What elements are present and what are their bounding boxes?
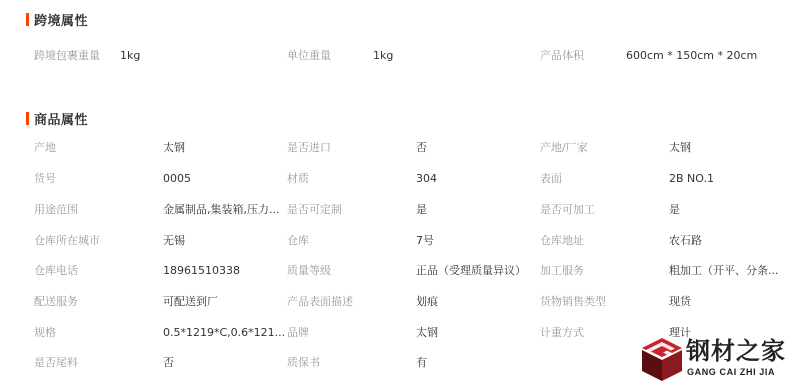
attr-label: 是否进口 <box>287 140 331 156</box>
attr-label: 产品体积 <box>540 48 584 64</box>
attr-value: 太钢 <box>416 325 438 341</box>
section-title-text: 跨境属性 <box>34 10 88 29</box>
attr-label: 仓库所在城市 <box>34 233 100 249</box>
attr-value: 0005 <box>163 171 191 187</box>
logo-name-cn: 钢材之家 <box>686 338 786 364</box>
attr-value: 1kg <box>120 48 140 64</box>
cube-g-logo-icon <box>640 336 684 382</box>
attr-value: 划痕 <box>416 294 438 310</box>
section-title-product: 商品属性 <box>26 109 88 127</box>
attr-label: 产地/厂家 <box>540 140 588 156</box>
product-attr-row: 用途范围 金属制品,集装箱,压力... 是否可定制 是 是否可加工 是 <box>0 202 800 218</box>
attr-label: 质保书 <box>287 355 320 371</box>
attr-label: 跨境包裹重量 <box>34 48 100 64</box>
attr-value: 太钢 <box>669 140 691 156</box>
attr-value: 18961510338 <box>163 263 240 279</box>
attr-label: 质量等级 <box>287 263 331 279</box>
attr-label: 计重方式 <box>540 325 584 341</box>
section-title-text: 商品属性 <box>34 109 88 128</box>
attr-value: 太钢 <box>163 140 185 156</box>
attr-value: 无锡 <box>163 233 185 249</box>
attr-label: 是否可定制 <box>287 202 342 218</box>
section-title-cross-border: 跨境属性 <box>26 10 88 28</box>
product-attr-row: 仓库电话 18961510338 质量等级 正品（受理质量异议） 加工服务 粗加… <box>0 263 800 279</box>
cross-border-row: 跨境包裹重量 1kg 单位重量 1kg 产品体积 600cm * 150cm *… <box>0 48 800 64</box>
attr-value: 2B NO.1 <box>669 171 714 187</box>
attr-label: 仓库电话 <box>34 263 78 279</box>
attr-label: 加工服务 <box>540 263 584 279</box>
attr-label: 产地 <box>34 140 56 156</box>
watermark-logo: 钢材之家 GANG CAI ZHI JIA <box>640 336 800 384</box>
attr-value: 600cm * 150cm * 20cm <box>626 48 757 64</box>
attr-value: 可配送到厂 <box>163 294 218 310</box>
attr-label: 货物销售类型 <box>540 294 606 310</box>
product-attr-row: 仓库所在城市 无锡 仓库 7号 仓库地址 农石路 <box>0 233 800 249</box>
product-attr-row: 产地 太钢 是否进口 否 产地/厂家 太钢 <box>0 140 800 156</box>
attr-label: 规格 <box>34 325 56 341</box>
attr-value: 0.5*1219*C,0.6*121... <box>163 325 285 341</box>
product-attr-row: 货号 0005 材质 304 表面 2B NO.1 <box>0 171 800 187</box>
attr-value: 是 <box>669 202 680 218</box>
attr-label: 配送服务 <box>34 294 78 310</box>
attr-value: 是 <box>416 202 427 218</box>
attr-value: 否 <box>416 140 427 156</box>
attr-value: 现货 <box>669 294 691 310</box>
attr-value: 7号 <box>416 233 434 249</box>
attr-value: 正品（受理质量异议） <box>416 263 526 279</box>
attr-label: 是否尾料 <box>34 355 78 371</box>
accent-bar <box>26 13 29 26</box>
attr-label: 表面 <box>540 171 562 187</box>
attr-value: 农石路 <box>669 233 702 249</box>
attr-value: 304 <box>416 171 437 187</box>
product-attr-row: 配送服务 可配送到厂 产品表面描述 划痕 货物销售类型 现货 <box>0 294 800 310</box>
attr-label: 用途范围 <box>34 202 78 218</box>
attr-label: 材质 <box>287 171 309 187</box>
attr-label: 品牌 <box>287 325 309 341</box>
attr-value: 有 <box>416 355 427 371</box>
attr-value: 否 <box>163 355 174 371</box>
attr-label: 仓库 <box>287 233 309 249</box>
attr-label: 是否可加工 <box>540 202 595 218</box>
attr-label: 产品表面描述 <box>287 294 353 310</box>
attr-label: 单位重量 <box>287 48 331 64</box>
attr-value: 粗加工（开平、分条... <box>669 263 779 279</box>
attr-value: 金属制品,集装箱,压力... <box>163 202 279 218</box>
attr-label: 仓库地址 <box>540 233 584 249</box>
logo-name-en: GANG CAI ZHI JIA <box>687 366 775 378</box>
attr-label: 货号 <box>34 171 56 187</box>
accent-bar <box>26 112 29 125</box>
attr-value: 1kg <box>373 48 393 64</box>
